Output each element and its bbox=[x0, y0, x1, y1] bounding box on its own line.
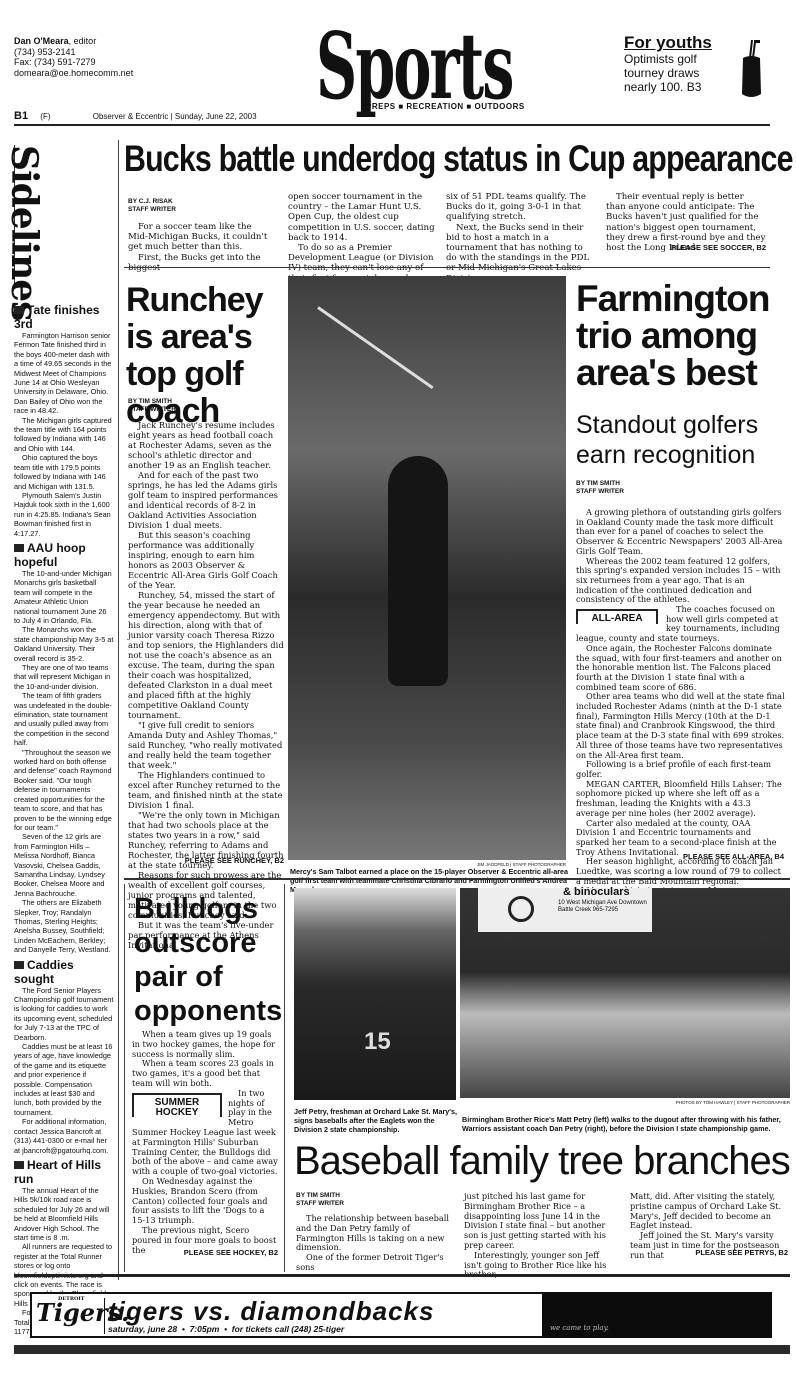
baseball-byline: BY TIM SMITH STAFF WRITER bbox=[296, 1192, 344, 1208]
jeff-petry-photo: 15 bbox=[294, 888, 456, 1100]
header-rule bbox=[14, 124, 770, 126]
lead-column-3: six of 51 PDL teams qualify. The Bucks d… bbox=[446, 192, 596, 284]
bullet-icon bbox=[14, 1161, 24, 1169]
baseball-headline[interactable]: Baseball family tree branches out bbox=[294, 1138, 796, 1184]
page-number: B1 bbox=[14, 110, 28, 122]
folio: B1 (F) Observer & Eccentric | Sunday, Ju… bbox=[14, 110, 257, 122]
bullet-icon bbox=[14, 306, 24, 314]
editor-contact: Dan O'Meara, editor (734) 953-2141 Fax: … bbox=[14, 36, 133, 78]
column-rule bbox=[118, 140, 119, 1280]
sidelines-title: Sidelines bbox=[14, 145, 42, 285]
ad-title: tigers vs. diamondbacks bbox=[108, 1296, 434, 1327]
lead-column-2: open soccer tournament in the country – … bbox=[288, 192, 438, 284]
hockey-jump-link[interactable]: PLEASE SEE HOCKEY, B2 bbox=[132, 1248, 278, 1257]
farmington-jump-link[interactable]: PLEASE SEE ALL-AREA, B4 bbox=[576, 852, 784, 861]
dateline: Observer & Eccentric | Sunday, June 22, … bbox=[93, 112, 257, 121]
ad-bottom-band bbox=[14, 1345, 790, 1354]
golf-bag-icon bbox=[738, 38, 764, 100]
ad-rule bbox=[14, 1274, 790, 1277]
brief-item: AAU hoop hopeful The 10-and-under Michig… bbox=[14, 541, 114, 955]
right-photo-caption: Birmingham Brother Rice's Matt Petry (le… bbox=[462, 1116, 792, 1134]
golfer-photo bbox=[288, 276, 566, 860]
farmington-subhead: Standout golfers earn recognition bbox=[576, 410, 796, 470]
bullet-icon bbox=[14, 544, 24, 552]
editor-fax: Fax: (734) 591-7279 bbox=[14, 57, 133, 68]
ad-details: saturday, june 28 • 7:05pm • for tickets… bbox=[108, 1324, 344, 1334]
hockey-body: When a team gives up 19 goals in two hoc… bbox=[132, 1030, 280, 1255]
box-rule bbox=[284, 884, 285, 1272]
summer-hockey-label: SUMMER HOCKEY bbox=[132, 1093, 222, 1118]
baseball-jump-link[interactable]: PLEASE SEE PETRYS, B2 bbox=[630, 1248, 788, 1257]
section-rule bbox=[124, 267, 770, 268]
editor-email[interactable]: domeara@oe.homecomm.net bbox=[14, 68, 133, 79]
farmington-body: A growing plethora of outstanding girls … bbox=[576, 508, 786, 906]
section-subheads: PREPS ■ RECREATION ■ OUTDOORS bbox=[366, 102, 525, 111]
section-rule bbox=[124, 878, 790, 880]
teaser-title[interactable]: For youths bbox=[624, 34, 734, 52]
brief-heading: AAU hoop hopeful bbox=[14, 541, 86, 569]
golfer-figure bbox=[388, 456, 448, 686]
brief-heading: Tate finishes 3rd bbox=[14, 303, 99, 331]
runchey-body: Jack Runchey's resume includes eight yea… bbox=[128, 420, 284, 950]
billboard-sign: & binoculars 10 West Michigan Ave Downto… bbox=[478, 888, 652, 932]
matt-petry-photo: & binoculars 10 West Michigan Ave Downto… bbox=[460, 888, 790, 1098]
box-rule bbox=[124, 884, 125, 1272]
jersey-number: 15 bbox=[364, 1028, 391, 1056]
baseball-column-1: The relationship between baseball and th… bbox=[296, 1214, 451, 1273]
farmington-byline: BY TIM SMITH STAFF WRITER bbox=[576, 480, 624, 496]
teaser-text: Optimists golf tourney draws nearly 100.… bbox=[624, 52, 734, 94]
bullet-icon bbox=[14, 961, 24, 969]
golf-club bbox=[317, 306, 433, 389]
editor-phone: (734) 953-2141 bbox=[14, 47, 133, 58]
lead-jump-link[interactable]: PLEASE SEE SOCCER, B2 bbox=[606, 243, 766, 252]
farmington-headline[interactable]: Farmington trio among area's best bbox=[576, 280, 796, 391]
lead-byline: BY C.J. RISAK STAFF WRITER bbox=[128, 198, 176, 214]
tigers-ad-banner[interactable]: DETROITTigers. tigers vs. diamondbacks s… bbox=[30, 1292, 770, 1338]
baseball-column-2: just pitched his last game for Birmingha… bbox=[464, 1192, 619, 1280]
brief-heading: Heart of Hills run bbox=[14, 1158, 101, 1186]
lead-column-1: For a soccer team like the Mid-Michigan … bbox=[128, 222, 268, 273]
sidelines-briefs: Tate finishes 3rd Farmington Harrison se… bbox=[14, 300, 114, 1336]
runchey-byline: BY TIM SMITH STAFF WRITER bbox=[128, 398, 176, 414]
lens-logo-icon bbox=[508, 896, 534, 922]
hockey-headline[interactable]: Bulldogs outscore pair of opponents bbox=[134, 892, 284, 1028]
lead-headline[interactable]: Bucks battle underdog status in Cup appe… bbox=[124, 138, 793, 180]
left-photo-caption: Jeff Petry, freshman at Orchard Lake St.… bbox=[294, 1108, 459, 1134]
runchey-jump-link[interactable]: PLEASE SEE RUNCHEY, B2 bbox=[128, 856, 284, 865]
brief-item: Caddies sought The Ford Senior Players C… bbox=[14, 958, 114, 1155]
editor-name: Dan O'Meara bbox=[14, 36, 69, 46]
teaser-box[interactable]: For youths Optimists golf tourney draws … bbox=[624, 34, 734, 94]
baseball-photo-credit: PHOTOS BY TOM HAWLEY | STAFF PHOTOGRAPHE… bbox=[460, 1100, 790, 1105]
all-area-label: ALL-AREA bbox=[576, 609, 658, 624]
ad-tagline-panel: we came to play. bbox=[542, 1292, 772, 1338]
section-masthead: Sports bbox=[316, 30, 512, 102]
brief-item: Tate finishes 3rd Farmington Harrison se… bbox=[14, 303, 114, 538]
